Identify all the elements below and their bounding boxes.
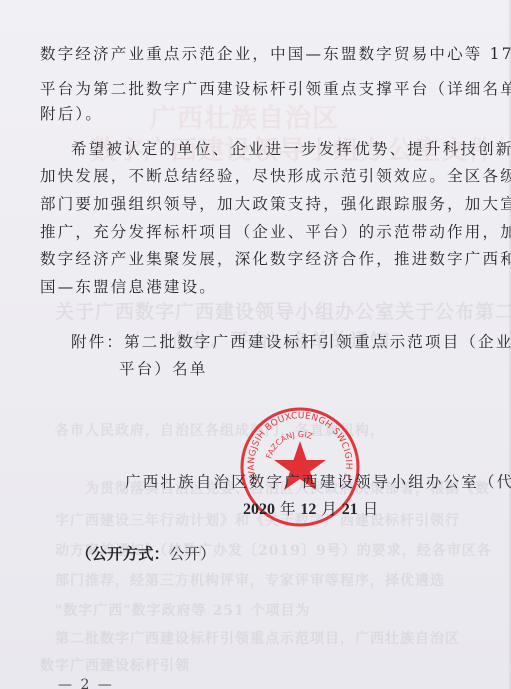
paragraph-1-line-3: 附后）。 (40, 104, 103, 124)
bleed-through-text: 关于广西数字广西建设领导小组办公室关于公布第二批 (55, 297, 511, 324)
bleed-through-text: 部门推荐，经第三方机构评审，专家评审等程序，择优遴选 (55, 570, 445, 590)
disclosure-open: （ (76, 544, 92, 563)
svg-text:FAZCANJ GIZ: FAZCANJ GIZ (264, 430, 314, 460)
attachment-label: 附件： (71, 333, 124, 351)
paragraph-2-line-6: 国—东盟信息港建设。 (40, 277, 217, 297)
date-month-unit: 月 (321, 500, 337, 518)
disclosure-close: ） (200, 545, 216, 563)
paragraph-2-line-1: 希望被认定的单位、企业进一步发挥优势、提升科技创新、 (71, 139, 511, 159)
paragraph-2-line-4: 推广，充分发挥标杆项目（企业、平台）的示范带动作用，加速 (40, 222, 511, 242)
page-number: — 2 — (58, 677, 114, 689)
bleed-through-text: 各市人民政府，自治区各组成部门，各直属机构， (55, 420, 385, 440)
disclosure-label: 公开方式： (92, 544, 170, 563)
paragraph-2-line-2: 加快发展，不断总结经验，尽快形成示范引领效应。全区各级各 (40, 166, 511, 186)
document-page: 广西壮族自治区 数字广西建设领导小组办公室文件 关于广西数字广西建设领导小组办公… (0, 0, 511, 689)
paragraph-1-line-1: 数字经济产业重点示范企业，中国—东盟数字贸易中心等 17 个 (40, 44, 511, 64)
date-day: 21 (342, 501, 358, 518)
paragraph-2-line-5: 数字经济产业集聚发展，深化数字经济合作，推进数字广西和中 (40, 249, 511, 269)
attachment-line-1: 附件：第二批数字广西建设标杆引领重点示范项目（企业、 (71, 332, 511, 352)
issuer-signature: 广西壮族自治区数字广西建设领导小组办公室（代） (125, 470, 511, 492)
disclosure-note: （公开方式：公开） (76, 542, 216, 564)
attachment-title: 第二批数字广西建设标杆引领重点示范项目（企业、 (124, 333, 511, 351)
date-year-unit: 年 (280, 500, 296, 518)
attachment-line-2: 平台）名单 (119, 359, 208, 379)
date-day-unit: 日 (363, 500, 379, 518)
bleed-through-text: 数字广西建设标杆引领 (40, 655, 190, 675)
issue-date: 2020 年 12 月 21 日 (243, 497, 378, 519)
date-month: 12 (300, 501, 316, 518)
paragraph-1-line-2: 平台为第二批数字广西建设标杆引领重点支撑平台（详细名单 (40, 79, 511, 99)
bleed-through-text: 广西壮族自治区 (150, 98, 339, 135)
paragraph-2-line-3: 部门要加强组织领导，加大政策支持，强化跟踪服务，加大宣传 (40, 194, 511, 214)
bleed-through-text: 第二批数字广西建设标杆引领重点示范项目，广西壮族自治区 (55, 628, 460, 648)
disclosure-value: 公开 (169, 545, 200, 563)
bleed-through-text: "数字广西"数字政府等 251 个项目为 (55, 600, 311, 620)
date-year: 2020 (243, 501, 275, 518)
